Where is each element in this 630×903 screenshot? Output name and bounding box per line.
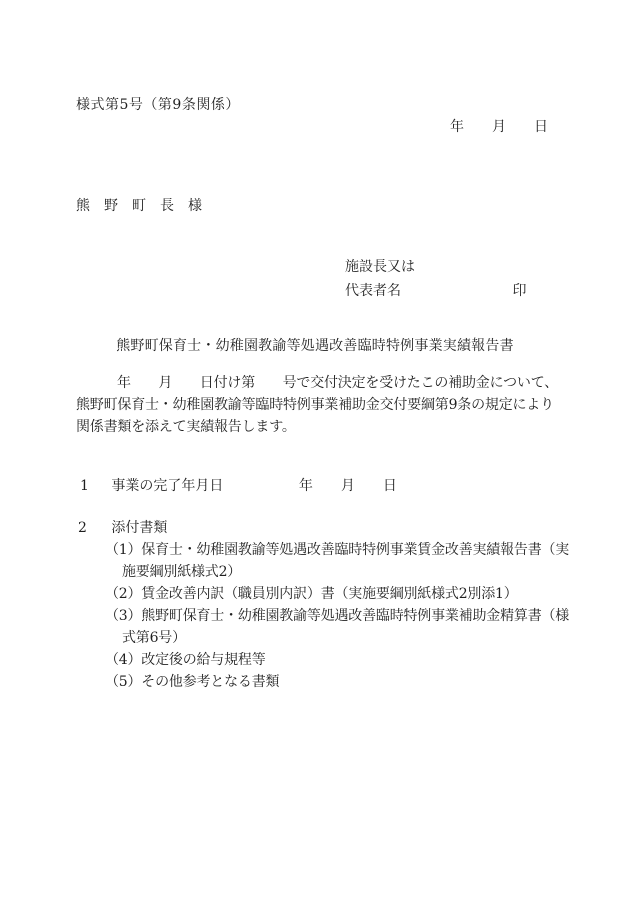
body-paragraph: 年 月 日付け第 号で交付決定を受けたこの補助金について、 熊野町保育士・幼稚園… — [76, 372, 566, 438]
section-attachments: 2 添付書類 （1）保育士・幼稚園教諭等処遇改善臨時特例事業賃金改善実績報告書（… — [78, 517, 578, 693]
attachment-list: （1）保育士・幼稚園教諭等処遇改善臨時特例事業賃金改善実績報告書（実 施要綱別紙… — [105, 539, 578, 693]
attachment-item-5-line-1: （5）その他参考となる書類 — [105, 671, 578, 693]
document-page: 様式第5号（第9条関係） 年 月 日 熊 野 町 長 様 施設長又は 代表者名 … — [0, 0, 630, 903]
section1-date-blank: 年 月 日 — [299, 478, 397, 494]
body-line-3: 関係書類を添えて実績報告します。 — [76, 416, 566, 438]
section-completion-date: 1 事業の完了年月日 年 月 日 — [80, 475, 397, 495]
body-line-2: 熊野町保育士・幼稚園教諭等臨時特例事業補助金交付要綱第9条の規定により — [76, 394, 566, 416]
attachment-item-2: （2）賃金改善内訳（職員別内訳）書（実施要綱別紙様式2別添1） — [105, 583, 578, 605]
header-date-line: 年 月 日 — [450, 116, 548, 136]
document-title: 熊野町保育士・幼稚園教諭等処遇改善臨時特例事業実績報告書 — [0, 335, 630, 355]
attachment-item-4-line-1: （4）改定後の給与規程等 — [105, 649, 578, 671]
section1-number: 1 — [80, 478, 89, 494]
attachment-item-3-line-2: 式第6号） — [122, 627, 578, 649]
signer-name-line: 代表者名 印 — [345, 280, 605, 300]
attachment-item-1-line-2: 施要綱別紙様式2） — [122, 561, 578, 583]
section1-label: 事業の完了年月日 — [111, 478, 223, 494]
body-line-1: 年 月 日付け第 号で交付決定を受けたこの補助金について、 — [76, 372, 566, 394]
seal-mark: 印 — [512, 283, 526, 299]
attachment-item-1-line-1: （1）保育士・幼稚園教諭等処遇改善臨時特例事業賃金改善実績報告書（実 — [105, 539, 578, 561]
section2-label: 添付書類 — [111, 520, 167, 536]
attachment-item-1: （1）保育士・幼稚園教諭等処遇改善臨時特例事業賃金改善実績報告書（実 施要綱別紙… — [105, 539, 578, 583]
addressee-line: 熊 野 町 長 様 — [76, 195, 202, 215]
attachment-item-5: （5）その他参考となる書類 — [105, 671, 578, 693]
attachment-item-4: （4）改定後の給与規程等 — [105, 649, 578, 671]
section2-heading: 2 添付書類 — [78, 517, 578, 539]
attachment-item-3: （3）熊野町保育士・幼稚園教諭等処遇改善臨時特例事業補助金精算書（様 式第6号） — [105, 605, 578, 649]
attachment-item-3-line-1: （3）熊野町保育士・幼稚園教諭等処遇改善臨時特例事業補助金精算書（様 — [105, 605, 578, 627]
signer-role-line: 施設長又は — [345, 256, 415, 276]
section2-number: 2 — [78, 520, 87, 536]
attachment-item-2-line-1: （2）賃金改善内訳（職員別内訳）書（実施要綱別紙様式2別添1） — [105, 583, 578, 605]
form-number: 様式第5号（第9条関係） — [76, 94, 240, 114]
signer-name-label: 代表者名 — [345, 283, 401, 299]
